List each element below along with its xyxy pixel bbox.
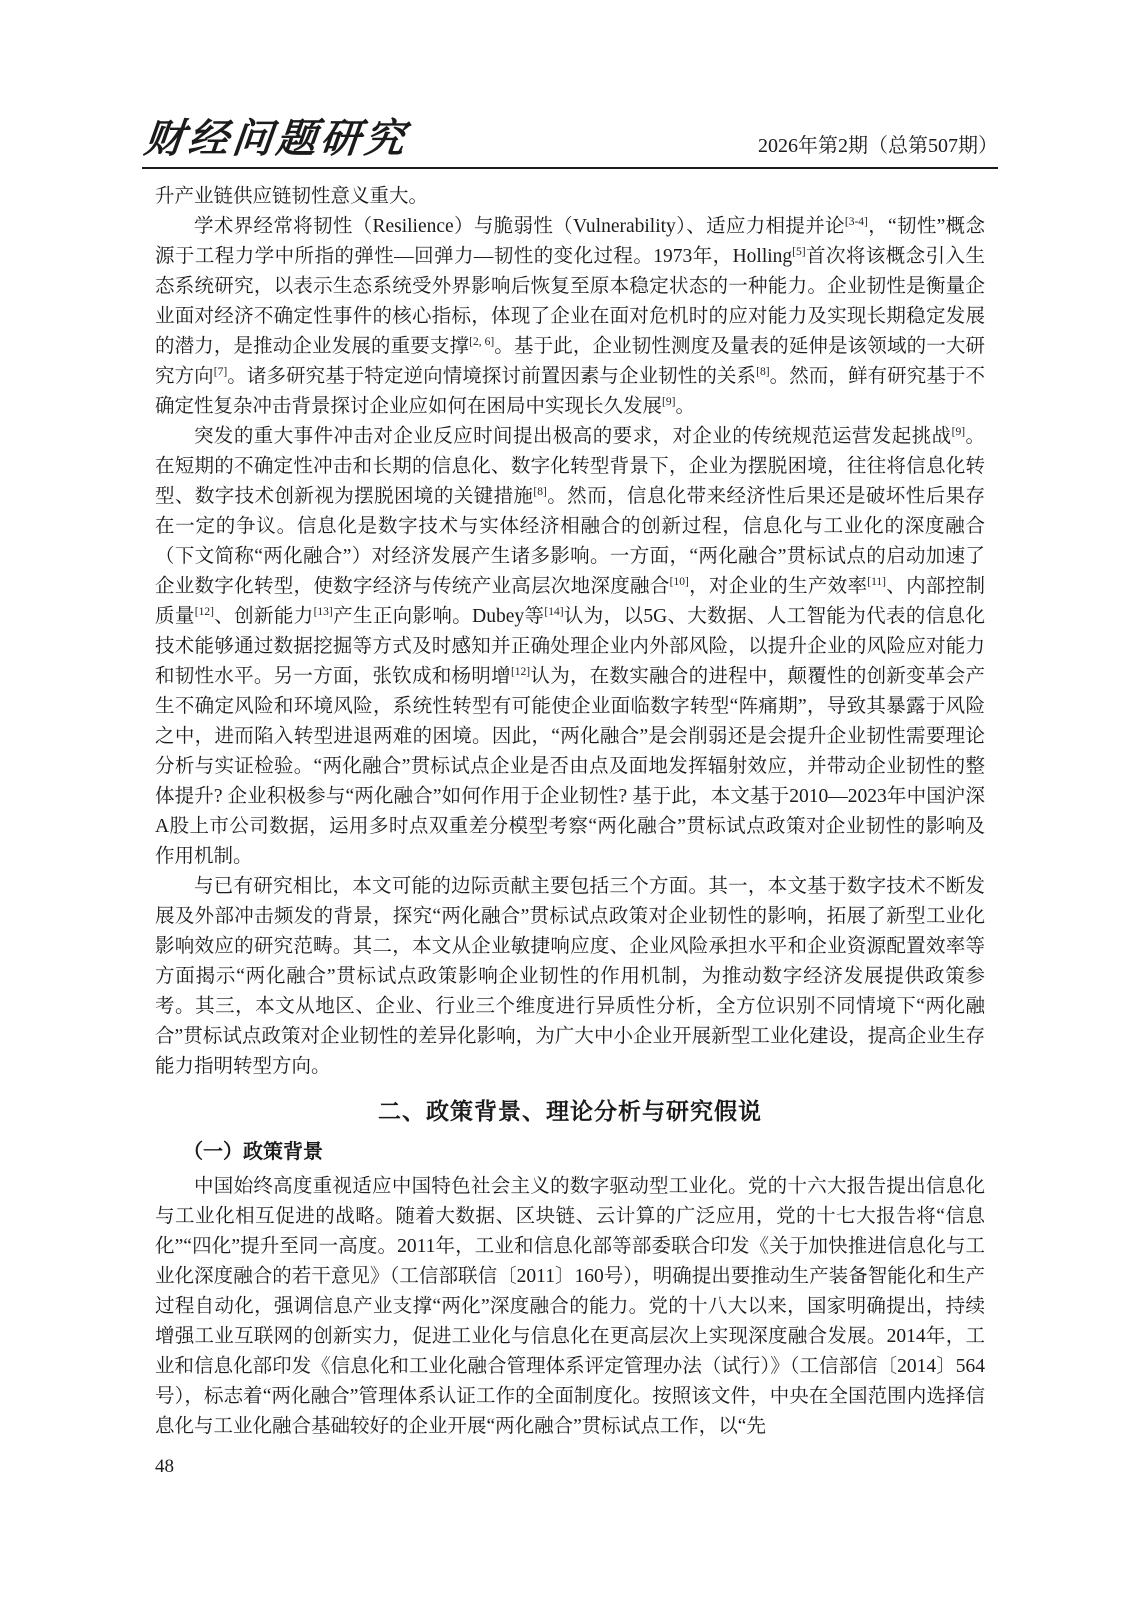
article-body: 升产业链供应链韧性意义重大。 学术界经常将韧性（Resilience）与脆弱性（… <box>155 182 985 1442</box>
page-footer: 48 <box>155 1455 985 1479</box>
citation-ref: [9] <box>662 396 675 408</box>
citation-ref: [8] <box>533 486 546 498</box>
citation-ref: [13] <box>314 606 333 618</box>
issue-info: 2026年第2期（总第507期） <box>758 134 998 162</box>
paragraph: 与已有研究相比，本文可能的边际贡献主要包括三个方面。其一，本文基于数字技术不断发… <box>155 872 985 1082</box>
citation-ref: [8] <box>756 366 769 378</box>
citation-ref: [5] <box>792 246 805 258</box>
paragraph-continuation: 升产业链供应链韧性意义重大。 <box>155 182 985 212</box>
citation-ref: [3-4] <box>845 216 868 228</box>
masthead: 财经问题研究 2026年第2期（总第507期） <box>142 0 998 169</box>
page-number: 48 <box>155 1455 985 1479</box>
citation-ref: [10] <box>670 576 689 588</box>
paragraph: 中国始终高度重视适应中国特色社会主义的数字驱动型工业化。党的十六大报告提出信息化… <box>155 1172 985 1442</box>
citation-ref: [2, 6] <box>469 336 494 348</box>
subsection-heading: （一）政策背景 <box>155 1137 985 1167</box>
citation-ref: [12] <box>195 606 214 618</box>
citation-ref: [14] <box>544 606 563 618</box>
citation-ref: [7] <box>214 366 227 378</box>
citation-ref: [9] <box>952 426 965 438</box>
paragraph: 学术界经常将韧性（Resilience）与脆弱性（Vulnerability）、… <box>155 212 985 422</box>
journal-page: 财经问题研究 2026年第2期（总第507期） 升产业链供应链韧性意义重大。 学… <box>0 0 1140 1600</box>
journal-logo: 财经问题研究 <box>142 116 411 162</box>
citation-ref: [12] <box>511 666 530 678</box>
section-heading: 二、政策背景、理论分析与研究假说 <box>155 1095 985 1127</box>
citation-ref: [11] <box>867 576 886 588</box>
paragraph: 突发的重大事件冲击对企业反应时间提出极高的要求，对企业的传统规范运营发起挑战[9… <box>155 422 985 872</box>
